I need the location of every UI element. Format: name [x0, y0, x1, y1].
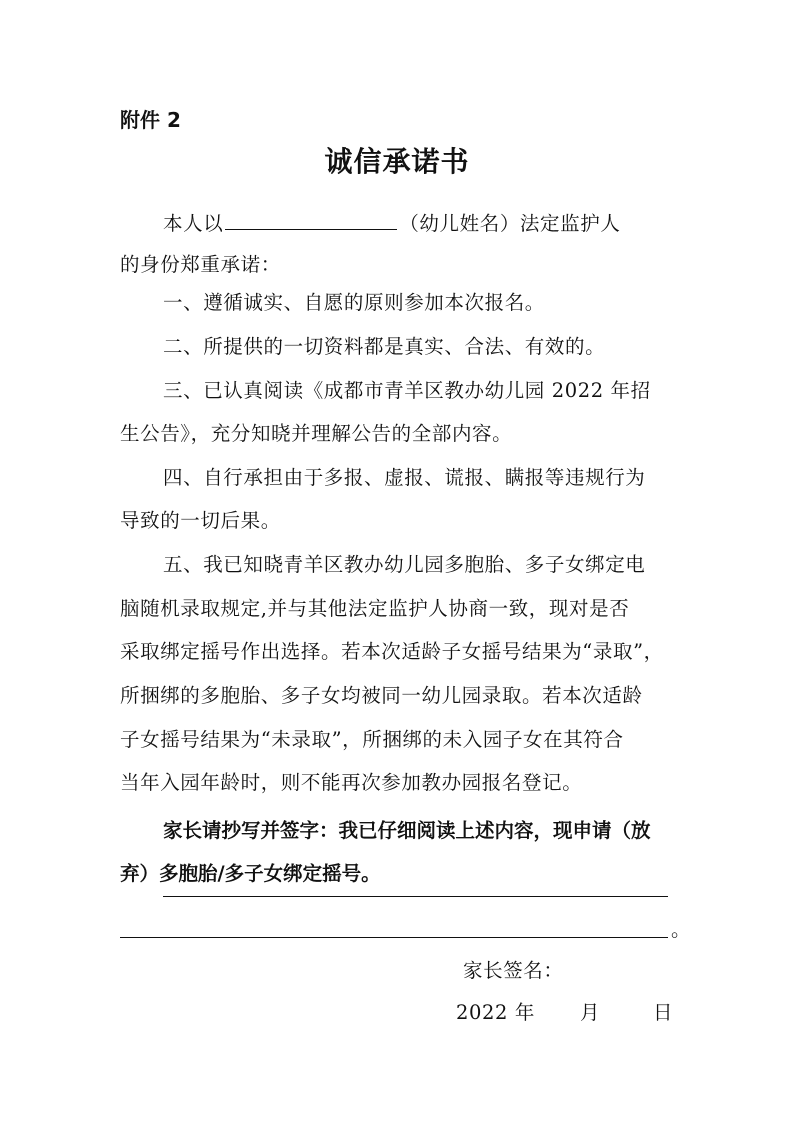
promise-item-5-line-2: 脑随机录取规定,并与其他法定监护人协商一致，现对是否	[120, 596, 629, 622]
intro-suffix: （幼儿姓名）法定监护人	[399, 212, 620, 235]
promise-item-1: 一、遵循诚实、自愿的原则参加本次报名。	[163, 290, 545, 316]
date-year: 2022 年	[456, 1000, 535, 1026]
promise-item-4-line-1: 四、自行承担由于多报、虚报、谎报、瞒报等违规行为	[163, 465, 645, 491]
promise-item-3-line-2: 生公告》，充分知晓并理解公告的全部内容。	[120, 421, 512, 447]
promise-item-5-line-6: 当年入园年龄时，则不能再次参加教办园报名登记。	[120, 770, 582, 796]
copy-end-mark: 。	[671, 917, 691, 943]
promise-item-2: 二、所提供的一切资料都是真实、合法、有效的。	[163, 334, 605, 360]
promise-item-5-line-1: 五、我已知晓青羊区教办幼儿园多胞胎、多子女绑定电	[163, 552, 645, 578]
document-title: 诚信承诺书	[0, 140, 794, 180]
promise-item-5-line-3: 采取绑定摇号作出选择。若本次适龄子女摇号结果为“录取”，	[120, 639, 664, 665]
signature-label: 家长签名：	[463, 958, 564, 984]
promise-item-5-line-4: 所捆绑的多胞胎、多子女均被同一幼儿园录取。若本次适龄	[120, 683, 643, 709]
promise-item-3-line-1: 三、已认真阅读《成都市青羊区教办幼儿园 2022 年招	[163, 378, 651, 404]
copy-line-1[interactable]	[163, 896, 668, 897]
attachment-label: 附件 2	[120, 104, 181, 133]
intro-line-1: 本人以（幼儿姓名）法定监护人	[163, 209, 620, 237]
date-day: 日	[653, 1000, 673, 1026]
copy-instruction-line-1: 家长请抄写并签字：我已仔细阅读上述内容，现申请（放	[163, 818, 651, 844]
promise-item-4-line-2: 导致的一切后果。	[120, 508, 281, 534]
intro-prefix: 本人以	[163, 212, 223, 235]
signature-field[interactable]	[555, 978, 665, 979]
copy-line-2[interactable]	[120, 937, 668, 938]
copy-instruction-line-2: 弃）多胞胎/多子女绑定摇号。	[120, 861, 381, 887]
promise-item-5-line-5: 子女摇号结果为“未录取”，所捆绑的未入园子女在其符合	[120, 727, 624, 753]
date-month: 月	[580, 1000, 600, 1026]
child-name-field[interactable]	[225, 209, 397, 230]
intro-line-2: 的身份郑重承诺：	[120, 252, 281, 278]
